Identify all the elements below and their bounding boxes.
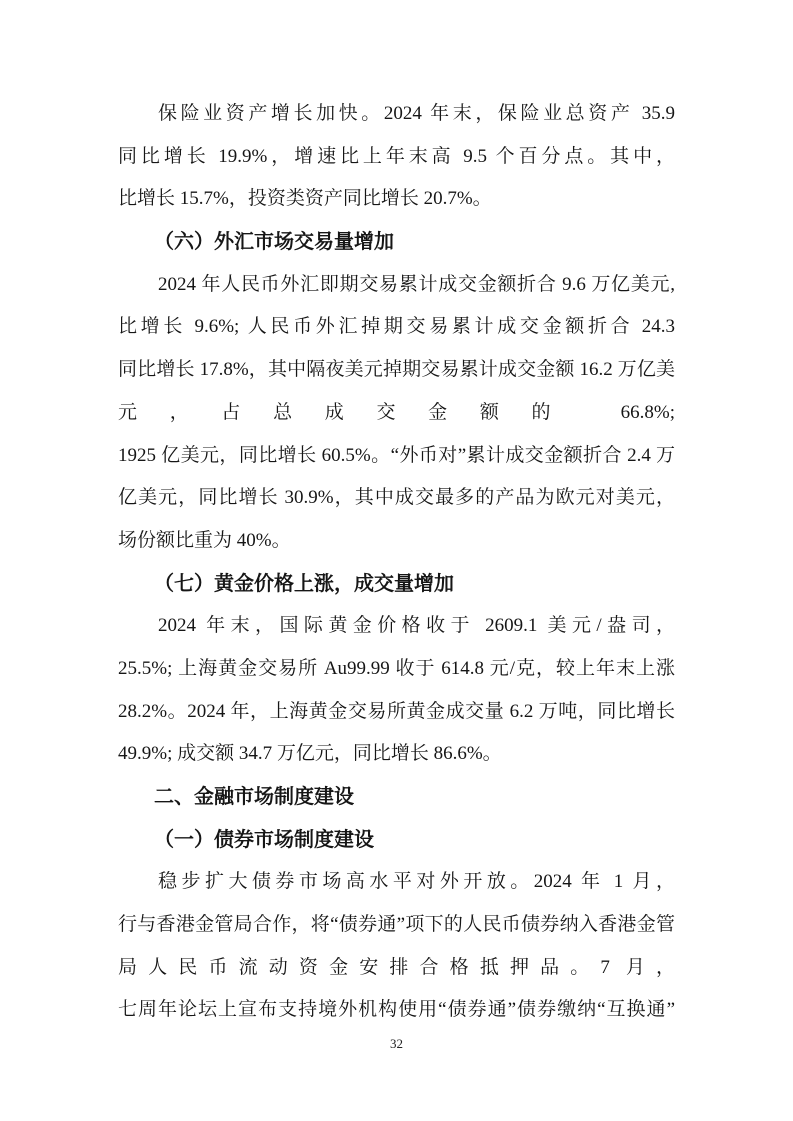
paragraph-fx-line: 1925 亿美元，同比增长 60.5%。“外币对”累计成交金额折合 2.4 万	[118, 435, 675, 478]
paragraph-insurance-line: 保险业资产增长加快。2024 年末，保险业总资产 35.9 万亿元，	[118, 93, 675, 136]
paragraph-bond-line: 局人民币流动资金安排合格抵押品。7 月，中国人民银行在“债券通”	[118, 947, 675, 990]
paragraph-fx-line: 场份额比重为 40%。	[118, 520, 675, 563]
paragraph-bond-line: 行与香港金管局合作，将“债券通”项下的人民币债券纳入香港金管	[118, 904, 675, 947]
paragraph-fx-line: 元，占总成交金额的 66.8%; 人民币外汇远期交易累计成交金额折合	[118, 392, 675, 435]
paragraph-bond-line: 七周年论坛上宣布支持境外机构使用“债券通”债券缴纳“互换通”	[118, 989, 675, 1032]
paragraph-gold-line: 49.9%; 成交额 34.7 万亿元，同比增长 86.6%。	[118, 733, 675, 776]
page-content: 保险业资产增长加快。2024 年末，保险业总资产 35.9 万亿元， 同比增长 …	[118, 93, 675, 1032]
section-heading-fx-market: （六）外汇市场交易量增加	[118, 221, 675, 264]
paragraph-bond-line: 稳步扩大债券市场高水平对外开放。2024 年 1 月，中国人民银	[118, 861, 675, 904]
paragraph-gold-line: 25.5%; 上海黄金交易所 Au99.99 收于 614.8 元/克，较上年末…	[118, 648, 675, 691]
paragraph-insurance-line: 同比增长 19.9%，增速比上年末高 9.5 个百分点。其中，银行存款同	[118, 136, 675, 179]
section-heading-bond-system: （一）债券市场制度建设	[118, 819, 675, 862]
chapter-heading-market-system: 二、金融市场制度建设	[118, 776, 675, 819]
paragraph-fx-line: 亿美元，同比增长 30.9%，其中成交最多的产品为欧元对美元，占市	[118, 477, 675, 520]
paragraph-gold-line: 28.2%。2024 年，上海黄金交易所黄金成交量 6.2 万吨，同比增长	[118, 691, 675, 734]
paragraph-fx-line: 2024 年人民币外汇即期交易累计成交金额折合 9.6 万亿美元, 同	[118, 264, 675, 307]
paragraph-insurance-line: 比增长 15.7%，投资类资产同比增长 20.7%。	[118, 178, 675, 221]
document-page: 保险业资产增长加快。2024 年末，保险业总资产 35.9 万亿元， 同比增长 …	[0, 0, 793, 1121]
paragraph-fx-line: 比增长 9.6%; 人民币外汇掉期交易累计成交金额折合 24.3 万亿美元，	[118, 306, 675, 349]
paragraph-gold-line: 2024 年末，国际黄金价格收于 2609.1 美元/盎司，较上年末上涨	[118, 605, 675, 648]
page-number: 32	[0, 1036, 793, 1052]
paragraph-fx-line: 同比增长 17.8%，其中隔夜美元掉期交易累计成交金额 16.2 万亿美	[118, 349, 675, 392]
section-heading-gold-price: （七）黄金价格上涨，成交量增加	[118, 563, 675, 606]
